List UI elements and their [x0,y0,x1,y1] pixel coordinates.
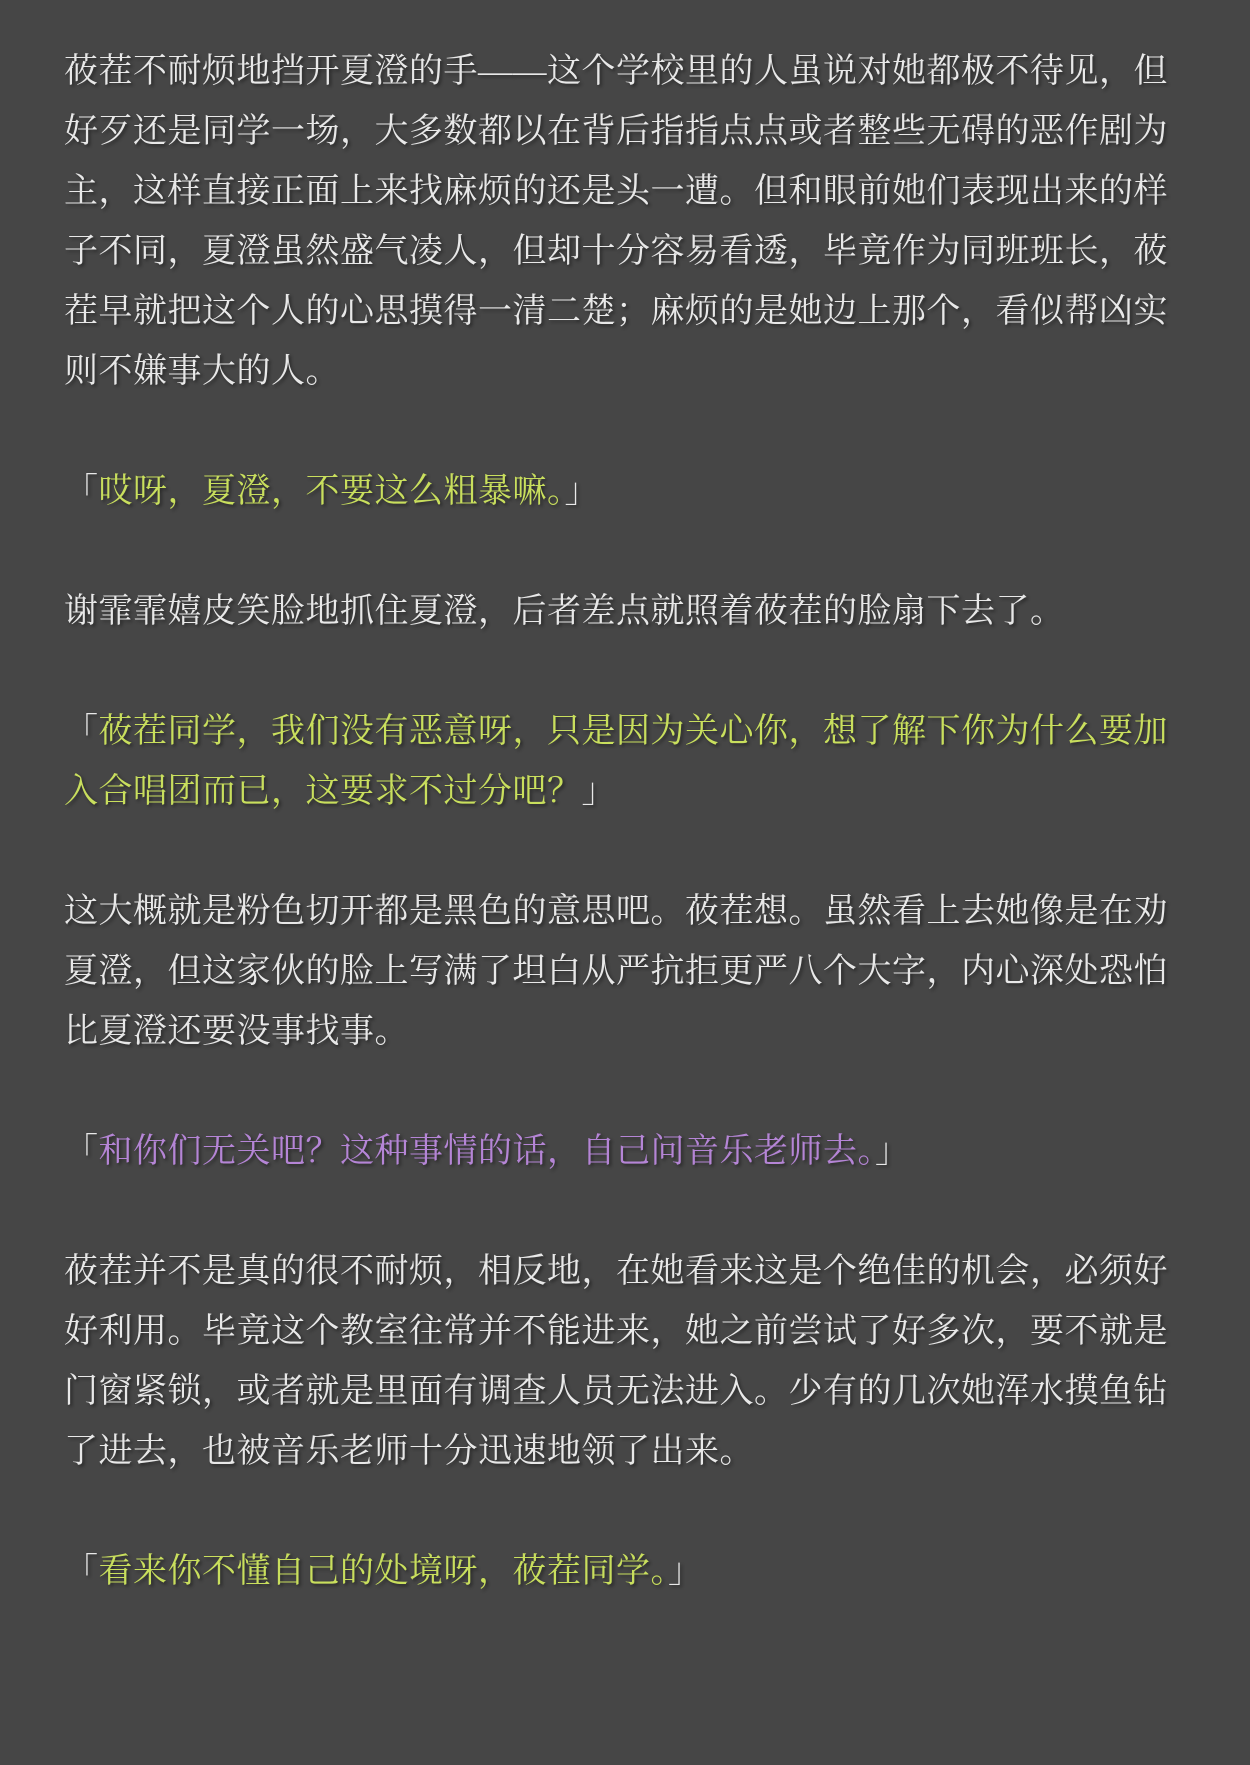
dialogue-text: 和你们无关吧？这种事情的话，自己问音乐老师去。 [99,1133,876,1170]
reader-page[interactable]: 莜茬不耐烦地挡开夏澄的手——这个学校里的人虽说对她都极不待见，但好歹还是同学一场… [0,0,1250,1765]
quote-open-bracket: 「 [64,473,99,510]
quote-close-bracket: 」 [668,1553,703,1590]
narration-paragraph: 谢霏霏嬉皮笑脸地抓住夏澄，后者差点就照着莜茬的脸扇下去了。 [64,582,1168,642]
quote-close-bracket: 」 [565,473,600,510]
narration-paragraph: 莜茬不耐烦地挡开夏澄的手——这个学校里的人虽说对她都极不待见，但好歹还是同学一场… [64,42,1168,402]
quote-open-bracket: 「 [64,1553,99,1590]
quote-close-bracket: 」 [582,773,617,810]
narration-paragraph: 莜茬并不是真的很不耐烦，相反地，在她看来这是个绝佳的机会，必须好好利用。毕竟这个… [64,1242,1168,1482]
dialogue-line: 「莜茬同学，我们没有恶意呀，只是因为关心你，想了解下你为什么要加入合唱团而已，这… [64,702,1168,822]
quote-close-bracket: 」 [875,1133,910,1170]
dialogue-text: 莜茬同学，我们没有恶意呀，只是因为关心你，想了解下你为什么要加入合唱团而已，这要… [64,713,1168,810]
dialogue-line: 「和你们无关吧？这种事情的话，自己问音乐老师去。」 [64,1122,1168,1182]
dialogue-text: 看来你不懂自己的处境呀，莜茬同学。 [99,1553,669,1590]
dialogue-line: 「哎呀，夏澄，不要这么粗暴嘛。」 [64,462,1168,522]
narration-paragraph: 这大概就是粉色切开都是黑色的意思吧。莜茬想。虽然看上去她像是在劝夏澄，但这家伙的… [64,882,1168,1062]
quote-open-bracket: 「 [64,713,99,750]
quote-open-bracket: 「 [64,1133,99,1170]
dialogue-text: 哎呀，夏澄，不要这么粗暴嘛。 [99,473,565,510]
dialogue-line: 「看来你不懂自己的处境呀，莜茬同学。」 [64,1542,1168,1602]
